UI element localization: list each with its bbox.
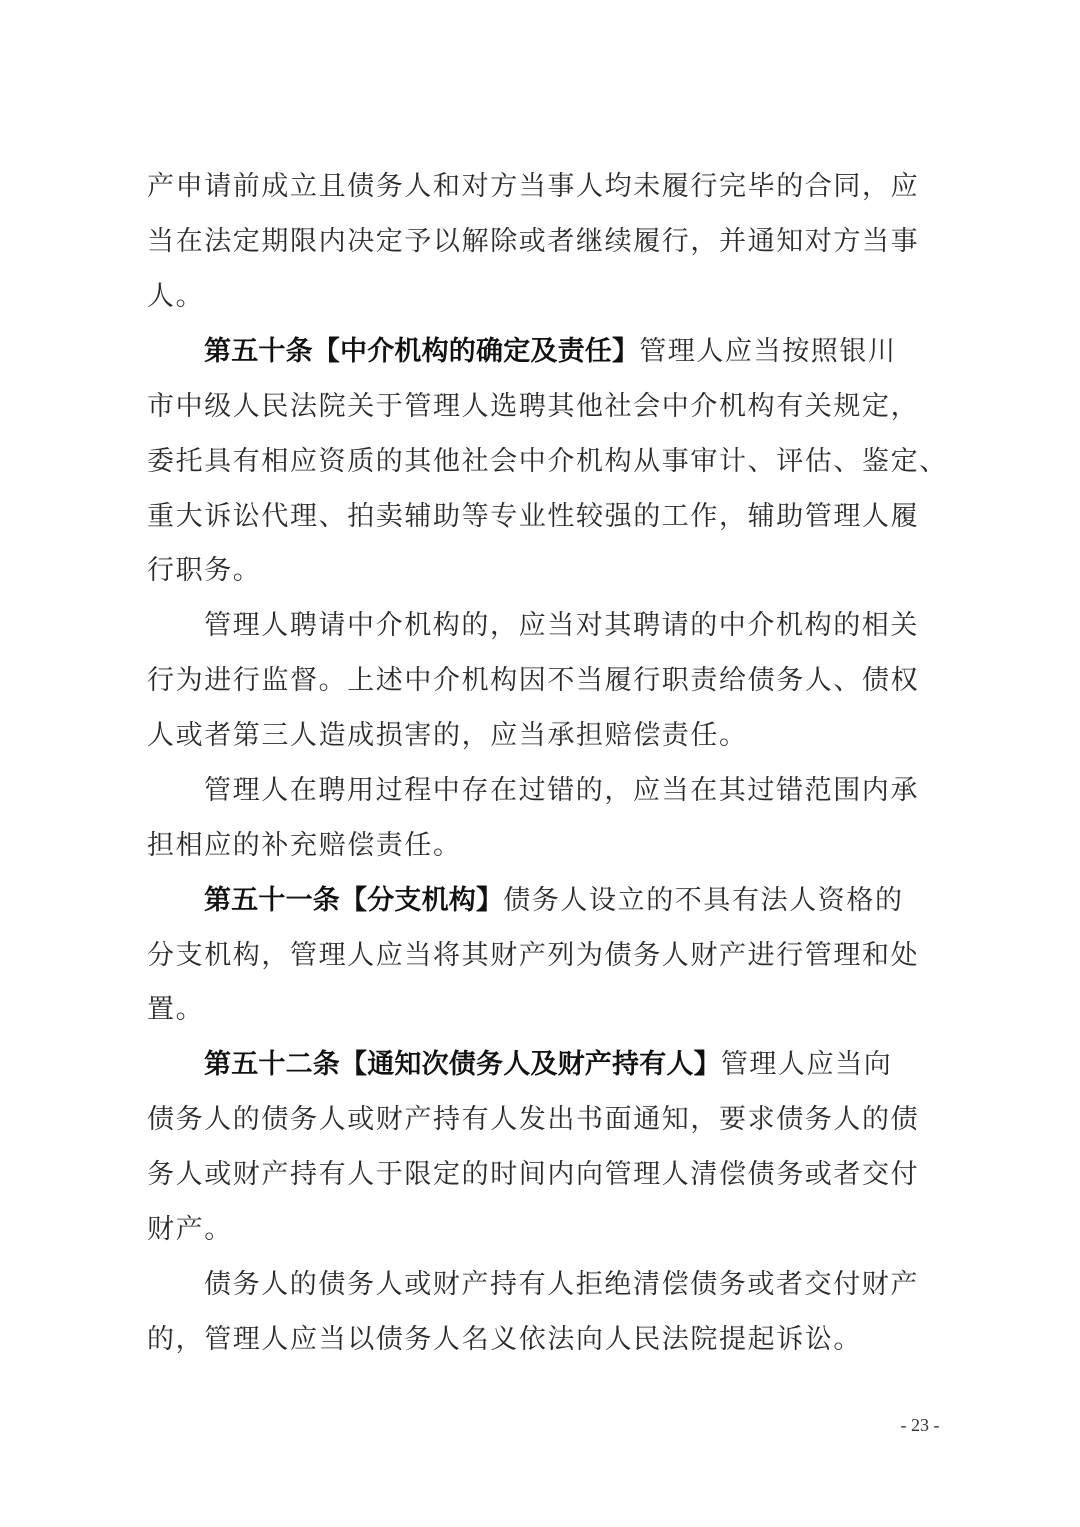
article-52-heading: 第五十二条【通知次债务人及财产持有人】	[204, 1049, 721, 1080]
text-line: 分支机构，管理人应当将其财产列为债务人财产进行管理和处	[147, 936, 947, 976]
article-50-text: 管理人应当按照银川	[639, 336, 896, 367]
text-line: 债务人的债务人或财产持有人发出书面通知，要求债务人的债	[147, 1100, 947, 1140]
text-line: 务人或财产持有人于限定的时间内向管理人清偿债务或者交付	[147, 1155, 947, 1195]
text-line: 的，管理人应当以债务人名义依法向人民法院提起诉讼。	[147, 1320, 947, 1360]
article-50-first-line: 第五十条【中介机构的确定及责任】管理人应当按照银川	[204, 332, 1004, 372]
article-51-heading: 第五十一条【分支机构】	[204, 885, 503, 916]
text-line: 置。	[147, 990, 947, 1030]
article-51-text: 债务人设立的不具有法人资格的	[503, 885, 903, 916]
paragraph-first-line: 管理人聘请中介机构的，应当对其聘请的中介机构的相关	[204, 606, 1004, 646]
paragraph-first-line: 债务人的债务人或财产持有人拒绝清偿债务或者交付财产	[204, 1265, 1004, 1305]
text-line: 人。	[147, 277, 947, 317]
document-page: 产申请前成立且债务人和对方当事人均未履行完毕的合同，应 当在法定期限内决定予以解…	[0, 0, 1080, 1527]
text-line: 产申请前成立且债务人和对方当事人均未履行完毕的合同，应	[147, 167, 947, 207]
text-line: 财产。	[147, 1210, 947, 1250]
article-50-heading: 第五十条【中介机构的确定及责任】	[204, 336, 639, 367]
paragraph-first-line: 管理人在聘用过程中存在过错的，应当在其过错范围内承	[204, 771, 1004, 811]
article-51-first-line: 第五十一条【分支机构】债务人设立的不具有法人资格的	[204, 881, 1004, 921]
text-line: 委托具有相应资质的其他社会中介机构从事审计、评估、鉴定、	[147, 442, 947, 482]
text-line: 行为进行监督。上述中介机构因不当履行职责给债务人、债权	[147, 661, 947, 701]
article-52-first-line: 第五十二条【通知次债务人及财产持有人】管理人应当向	[204, 1045, 1004, 1085]
article-52-text: 管理人应当向	[721, 1049, 893, 1080]
text-line: 人或者第三人造成损害的，应当承担赔偿责任。	[147, 716, 947, 756]
text-line: 市中级人民法院关于管理人选聘其他社会中介机构有关规定，	[147, 387, 947, 427]
text-line: 重大诉讼代理、拍卖辅助等专业性较强的工作，辅助管理人履	[147, 497, 947, 537]
page-number: - 23 -	[880, 1415, 960, 1436]
text-line: 担相应的补充赔偿责任。	[147, 826, 947, 866]
text-line: 当在法定期限内决定予以解除或者继续履行，并通知对方当事	[147, 222, 947, 262]
text-line: 行职务。	[147, 551, 947, 591]
